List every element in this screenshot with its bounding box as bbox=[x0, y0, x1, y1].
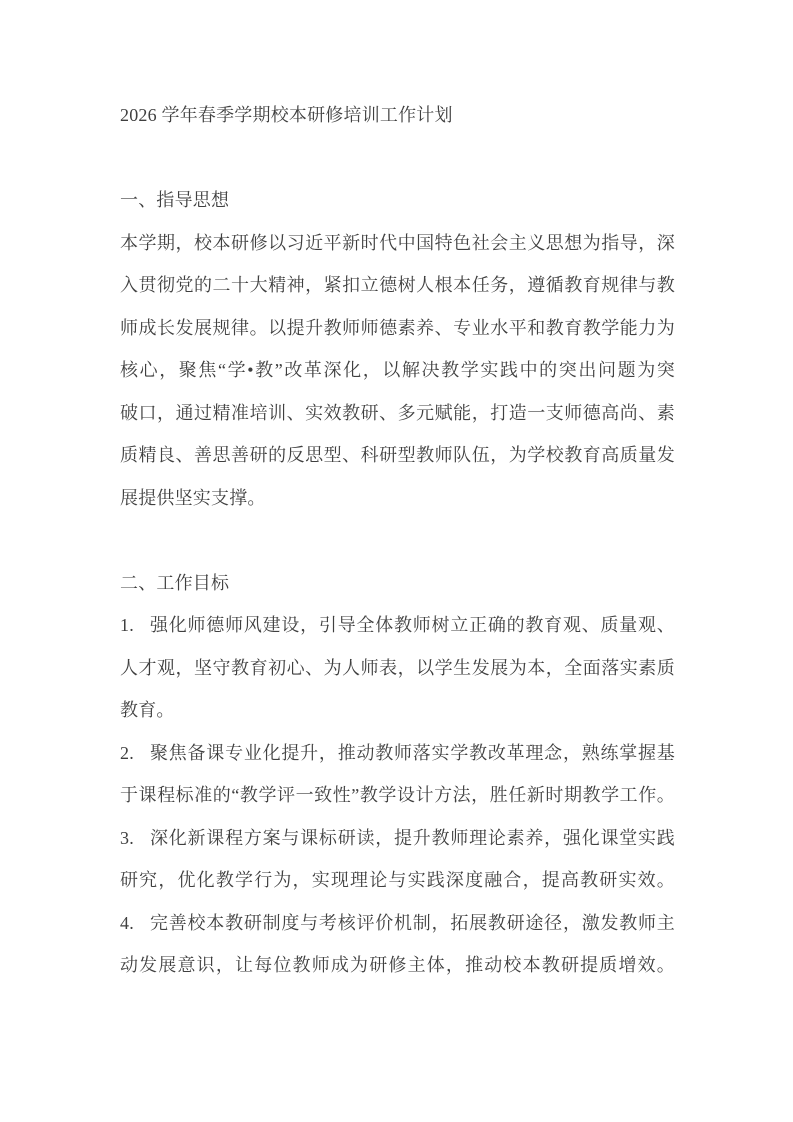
list-item-line: 人才观，坚守教育初心、为人师表，以学生发展为本，全面落实素质 bbox=[120, 647, 675, 690]
paragraph-line: 破口，通过精准培训、实效教研、多元赋能，打造一支师德高尚、素 bbox=[120, 392, 675, 435]
list-item-number: 2. bbox=[120, 732, 150, 775]
list-item-line: 强化师德师风建设，引导全体教师树立正确的教育观、质量观、 bbox=[150, 604, 675, 647]
doc-title: 2026 学年春季学期校本研修培训工作计划 bbox=[120, 94, 675, 137]
list-item-2: 2. 聚焦备课专业化提升，推动教师落实学教改革理念，熟练掌握基 bbox=[120, 732, 675, 775]
list-item-4: 4. 完善校本教研制度与考核评价机制，拓展教研途径，激发教师主 bbox=[120, 902, 675, 945]
paragraph-line: 质精良、善思善研的反思型、科研型教师队伍，为学校教育高质量发 bbox=[120, 434, 675, 477]
paragraph-line-last: 展提供坚实支撑。 bbox=[120, 477, 675, 520]
list-item-line: 于课程标准的“教学评一致性”教学设计方法，胜任新时期教学工作。 bbox=[120, 774, 675, 817]
list-item-line-last: 教育。 bbox=[120, 689, 675, 732]
paragraph-line: 本学期，校本研修以习近平新时代中国特色社会主义思想为指导，深 bbox=[120, 222, 675, 265]
section2-heading: 二、工作目标 bbox=[120, 562, 675, 605]
list-item-line: 聚焦备课专业化提升，推动教师落实学教改革理念，熟练掌握基 bbox=[150, 732, 675, 775]
paragraph-line: 入贯彻党的二十大精神，紧扣立德树人根本任务，遵循教育规律与教 bbox=[120, 264, 675, 307]
list-item-number: 4. bbox=[120, 902, 150, 945]
list-item-line: 动发展意识，让每位教师成为研修主体，推动校本教研提质增效。 bbox=[120, 944, 675, 987]
section1-heading: 一、指导思想 bbox=[120, 179, 675, 222]
list-item-number: 1. bbox=[120, 604, 150, 647]
paragraph-line: 师成长发展规律。以提升教师师德素养、专业水平和教育教学能力为 bbox=[120, 307, 675, 350]
blank-line bbox=[120, 519, 675, 562]
document-page: 2026 学年春季学期校本研修培训工作计划 一、指导思想 本学期，校本研修以习近… bbox=[0, 0, 793, 1122]
list-item-line: 研究，优化教学行为，实现理论与实践深度融合，提高教研实效。 bbox=[120, 859, 675, 902]
list-item-number: 3. bbox=[120, 817, 150, 860]
paragraph-line: 核心，聚焦“学•教”改革深化，以解决教学实践中的突出问题为突 bbox=[120, 349, 675, 392]
list-item-line: 完善校本教研制度与考核评价机制，拓展教研途径，激发教师主 bbox=[150, 902, 675, 945]
list-item-3: 3. 深化新课程方案与课标研读，提升教师理论素养，强化课堂实践 bbox=[120, 817, 675, 860]
list-item-1: 1. 强化师德师风建设，引导全体教师树立正确的教育观、质量观、 bbox=[120, 604, 675, 647]
list-item-line: 深化新课程方案与课标研读，提升教师理论素养，强化课堂实践 bbox=[150, 817, 675, 860]
blank-line bbox=[120, 137, 675, 180]
